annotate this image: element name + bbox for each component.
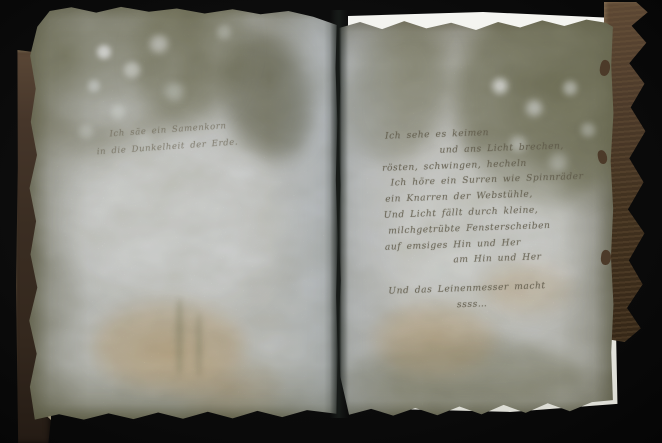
plant-stem-print bbox=[196, 312, 202, 378]
paper-white-spots bbox=[100, 48, 108, 56]
stain-blob bbox=[488, 262, 572, 314]
book-gutter bbox=[330, 10, 348, 418]
right-page bbox=[338, 18, 614, 416]
plant-stem-print bbox=[176, 298, 183, 376]
photo-scene: Ich säe ein Samenkorn in die Dunkelheit … bbox=[0, 0, 662, 443]
paper-white-spots bbox=[496, 82, 504, 90]
gutter-shading-right bbox=[338, 18, 408, 416]
left-page bbox=[28, 6, 338, 420]
gutter-shading-left bbox=[268, 6, 338, 420]
stain-blob bbox=[94, 302, 244, 386]
stain-blob bbox=[80, 126, 280, 316]
